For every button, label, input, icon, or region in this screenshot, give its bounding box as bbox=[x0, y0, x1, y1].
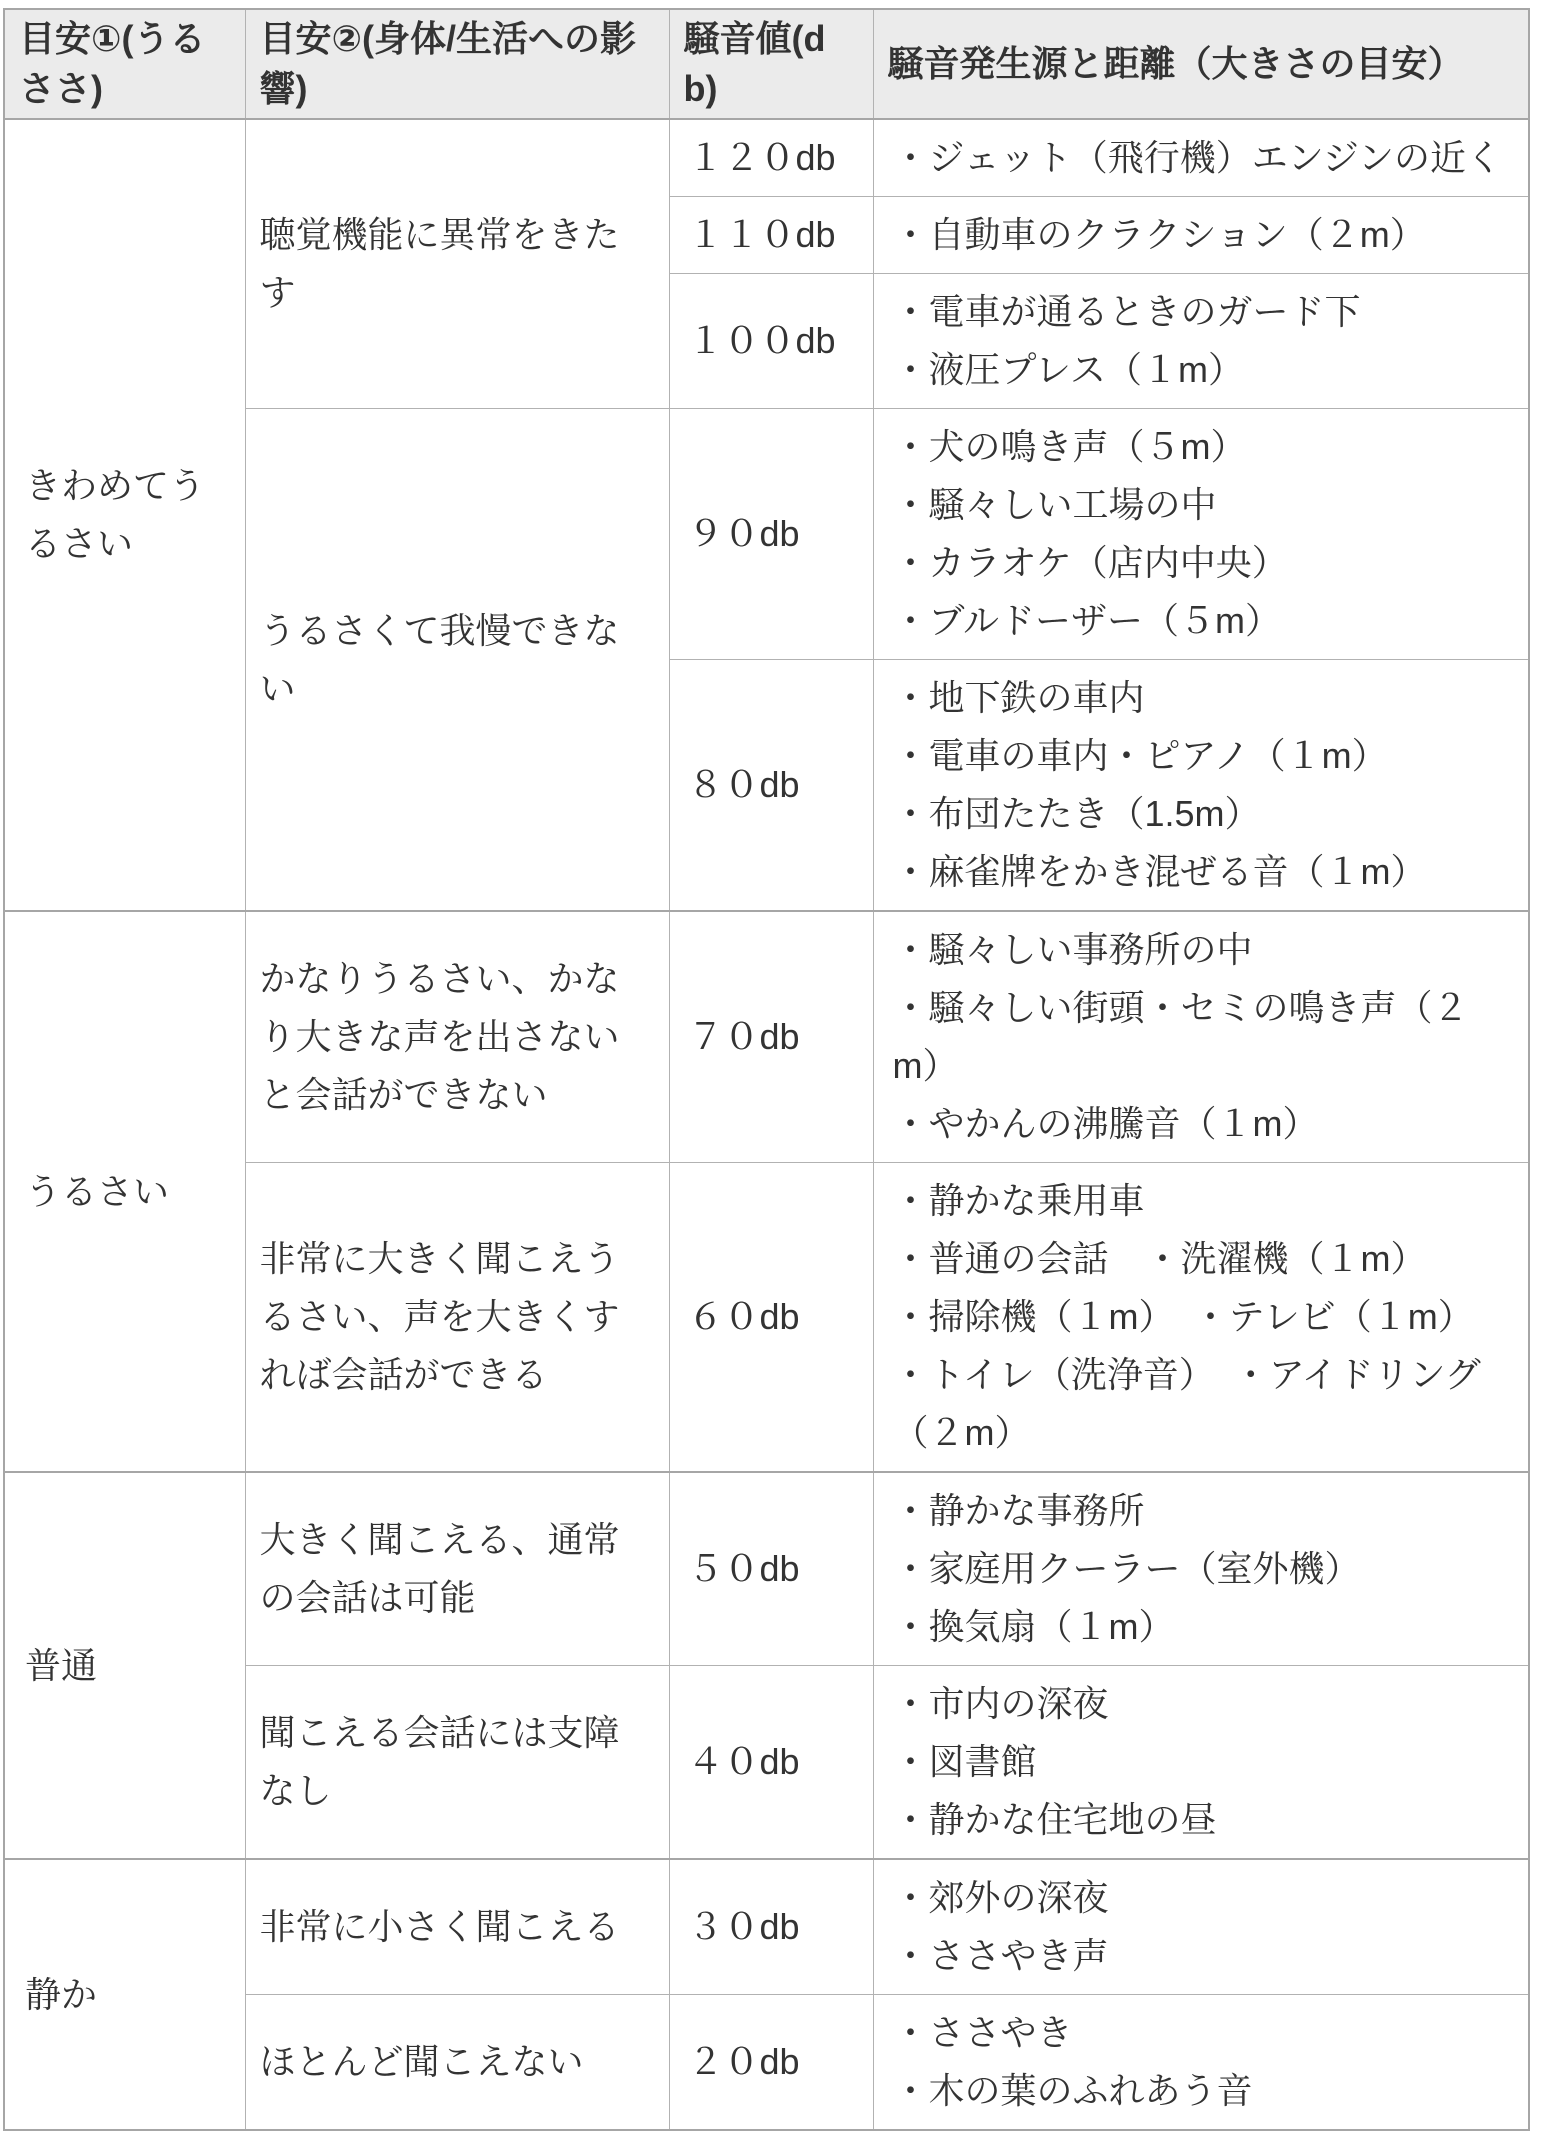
sources-cell: ・ささやき ・木の葉のふれあう音 bbox=[873, 1995, 1529, 2131]
db-value: ７０db bbox=[669, 911, 873, 1163]
loudness-cell-normal: 普通 bbox=[4, 1472, 245, 1859]
source-item: ・地下鉄の車内 bbox=[893, 669, 1510, 727]
sources-cell: ・ジェット（飛行機）エンジンの近く bbox=[873, 119, 1529, 197]
source-item: ・騒々しい工場の中 bbox=[893, 476, 1510, 534]
source-item: ・自動車のクラクション（２m） bbox=[893, 206, 1510, 264]
header-source: 騒音発生源と距離（大きさの目安） bbox=[873, 9, 1529, 119]
source-item: ・換気扇（１m） bbox=[893, 1598, 1510, 1656]
source-item: ・騒々しい事務所の中 bbox=[893, 921, 1510, 979]
source-item: ・電車が通るときのガード下 bbox=[893, 283, 1510, 341]
sources-cell: ・騒々しい事務所の中 ・騒々しい街頭・セミの鳴き声（２m） ・やかんの沸騰音（１… bbox=[873, 911, 1529, 1163]
effect-cell-unbearably-noisy: うるさくて我慢できない bbox=[245, 409, 669, 912]
sources-cell: ・犬の鳴き声（５m） ・騒々しい工場の中 ・カラオケ（店内中央） ・ブルドーザー… bbox=[873, 409, 1529, 660]
header-row: 目安①(うるささ) 目安②(身体/生活への影響) 騒音値(db) 騒音発生源と距… bbox=[4, 9, 1529, 119]
source-item: ・ささやき声 bbox=[893, 1927, 1510, 1985]
table-header: 目安①(うるささ) 目安②(身体/生活への影響) 騒音値(db) 騒音発生源と距… bbox=[4, 9, 1529, 119]
table-row-70db: うるさい かなりうるさい、かなり大きな声を出さないと会話ができない ７０db ・… bbox=[4, 911, 1529, 1163]
source-item: ・掃除機（１m） ・テレビ（１m） bbox=[893, 1288, 1510, 1346]
header-loudness: 目安①(うるささ) bbox=[4, 9, 245, 119]
source-item: ・麻雀牌をかき混ぜる音（１m） bbox=[893, 843, 1510, 901]
source-item: ・液圧プレス（１m） bbox=[893, 341, 1510, 399]
source-item: ・郊外の深夜 bbox=[893, 1869, 1510, 1927]
sources-cell: ・郊外の深夜 ・ささやき声 bbox=[873, 1859, 1529, 1995]
sources-cell: ・地下鉄の車内 ・電車の車内・ピアノ（１m） ・布団たたき（1.5m） ・麻雀牌… bbox=[873, 660, 1529, 912]
source-item: ・カラオケ（店内中央） bbox=[893, 534, 1510, 592]
effect-cell-hearing-damage: 聴覚機能に異常をきたす bbox=[245, 119, 669, 409]
sources-cell: ・電車が通るときのガード下 ・液圧プレス（１m） bbox=[873, 274, 1529, 409]
source-item: ・図書館 bbox=[893, 1733, 1510, 1791]
table-row-30db: 静か 非常に小さく聞こえる ３０db ・郊外の深夜 ・ささやき声 bbox=[4, 1859, 1529, 1995]
db-value: ２０db bbox=[669, 1995, 873, 2131]
source-item: ・騒々しい街頭・セミの鳴き声（２m） bbox=[893, 979, 1510, 1095]
db-value: １２０db bbox=[669, 119, 873, 197]
source-item: ・家庭用クーラー（室外機） bbox=[893, 1540, 1510, 1598]
db-value: １００db bbox=[669, 274, 873, 409]
db-value: ５０db bbox=[669, 1472, 873, 1666]
source-item: ・静かな事務所 bbox=[893, 1482, 1510, 1540]
loudness-cell-quiet: 静か bbox=[4, 1859, 245, 2130]
db-value: １１０db bbox=[669, 197, 873, 274]
loudness-cell-extremely-noisy: きわめてうるさい bbox=[4, 119, 245, 911]
source-item: ・ブルドーザー（５m） bbox=[893, 592, 1510, 650]
source-item: ・ジェット（飛行機）エンジンの近く bbox=[893, 129, 1510, 187]
source-item: ・トイレ（洗浄音） ・アイドリング（２m） bbox=[893, 1346, 1510, 1462]
table-row-120db: きわめてうるさい 聴覚機能に異常をきたす １２０db ・ジェット（飛行機）エンジ… bbox=[4, 119, 1529, 197]
db-value: ４０db bbox=[669, 1666, 873, 1860]
loudness-cell-noisy: うるさい bbox=[4, 911, 245, 1472]
sources-cell: ・自動車のクラクション（２m） bbox=[873, 197, 1529, 274]
effect-cell-loud-but-conversation-possible: 非常に大きく聞こえうるさい、声を大きくすれば会話ができる bbox=[245, 1163, 669, 1473]
db-value: ８０db bbox=[669, 660, 873, 912]
sources-cell: ・静かな事務所 ・家庭用クーラー（室外機） ・換気扇（１m） bbox=[873, 1472, 1529, 1666]
db-value: ６０db bbox=[669, 1163, 873, 1473]
effect-cell-very-faint: 非常に小さく聞こえる bbox=[245, 1859, 669, 1995]
source-item: ・電車の車内・ピアノ（１m） bbox=[893, 727, 1510, 785]
source-item: ・静かな乗用車 bbox=[893, 1172, 1510, 1230]
noise-level-table: 目安①(うるささ) 目安②(身体/生活への影響) 騒音値(db) 騒音発生源と距… bbox=[3, 8, 1530, 2131]
source-item: ・市内の深夜 bbox=[893, 1675, 1510, 1733]
source-item: ・普通の会話 ・洗濯機（１m） bbox=[893, 1230, 1510, 1288]
db-value: ３０db bbox=[669, 1859, 873, 1995]
db-value: ９０db bbox=[669, 409, 873, 660]
source-item: ・犬の鳴き声（５m） bbox=[893, 418, 1510, 476]
effect-cell-loud-normal-conversation-ok: 大きく聞こえる、通常の会話は可能 bbox=[245, 1472, 669, 1666]
effect-cell-audible-no-hindrance: 聞こえる会話には支障なし bbox=[245, 1666, 669, 1860]
source-item: ・やかんの沸騰音（１m） bbox=[893, 1095, 1510, 1153]
sources-cell: ・市内の深夜 ・図書館 ・静かな住宅地の昼 bbox=[873, 1666, 1529, 1860]
sources-cell: ・静かな乗用車 ・普通の会話 ・洗濯機（１m） ・掃除機（１m） ・テレビ（１m… bbox=[873, 1163, 1529, 1473]
page: 目安①(うるささ) 目安②(身体/生活への影響) 騒音値(db) 騒音発生源と距… bbox=[0, 0, 1542, 2137]
effect-cell-barely-audible: ほとんど聞こえない bbox=[245, 1995, 669, 2131]
header-db: 騒音値(db) bbox=[669, 9, 873, 119]
source-item: ・布団たたき（1.5m） bbox=[893, 785, 1510, 843]
source-item: ・静かな住宅地の昼 bbox=[893, 1791, 1510, 1849]
effect-cell-very-loud-conversation-impossible: かなりうるさい、かなり大きな声を出さないと会話ができない bbox=[245, 911, 669, 1163]
source-item: ・木の葉のふれあう音 bbox=[893, 2062, 1510, 2120]
source-item: ・ささやき bbox=[893, 2004, 1510, 2062]
header-effect: 目安②(身体/生活への影響) bbox=[245, 9, 669, 119]
table-row-50db: 普通 大きく聞こえる、通常の会話は可能 ５０db ・静かな事務所 ・家庭用クーラ… bbox=[4, 1472, 1529, 1666]
